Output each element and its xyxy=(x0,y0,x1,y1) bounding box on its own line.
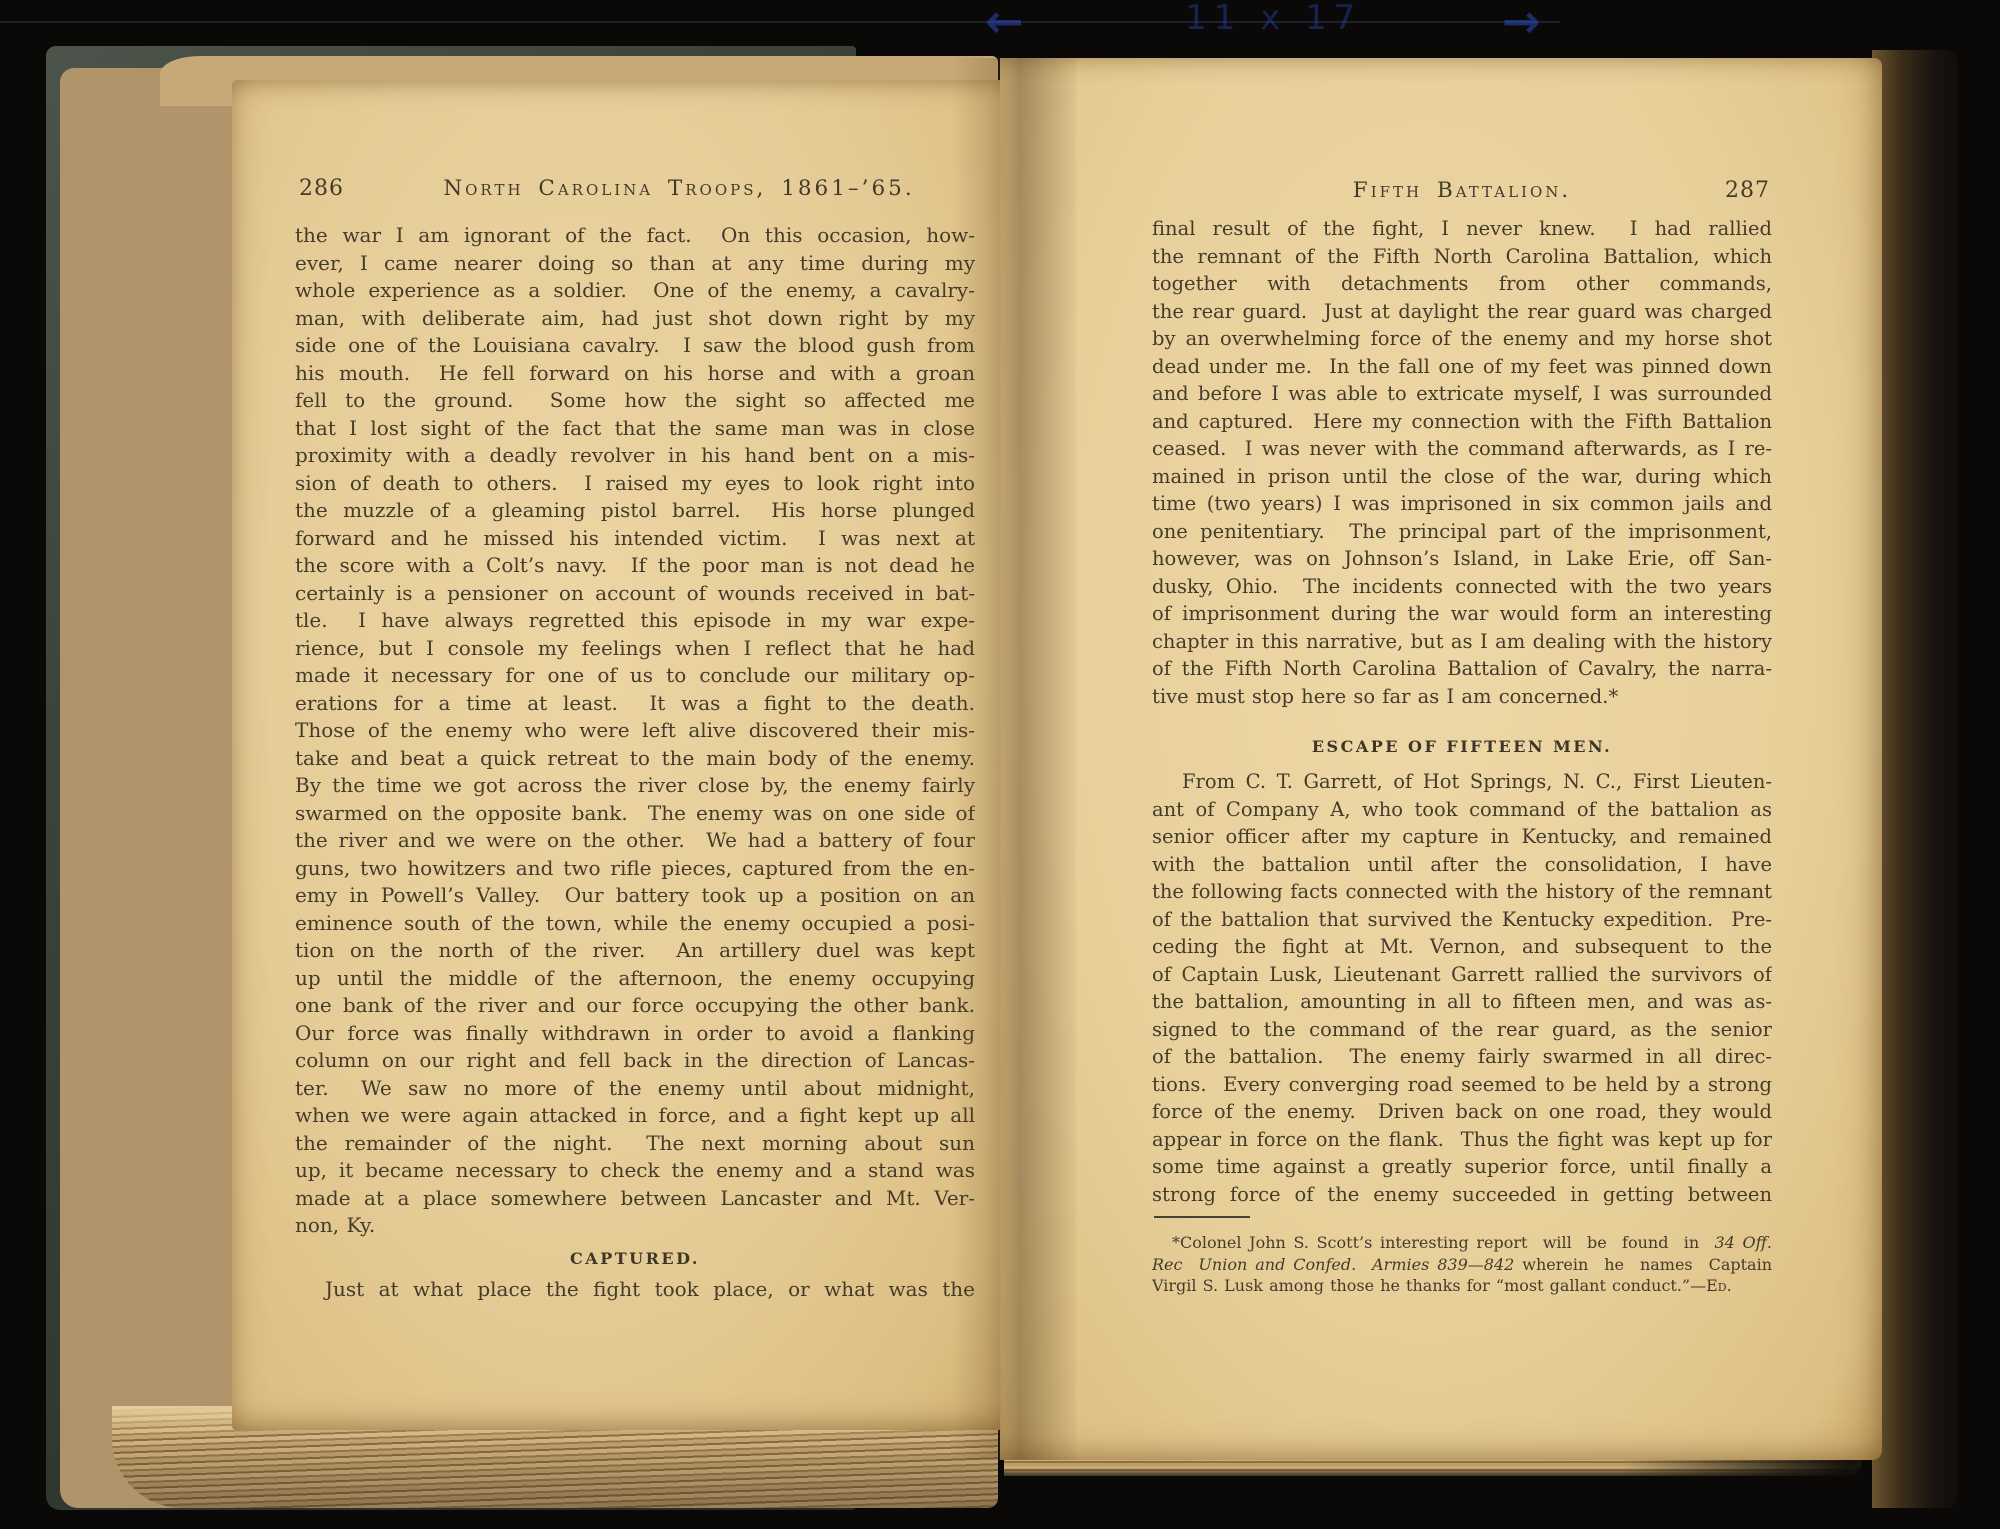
text-line: Our force was finally withdrawn in order… xyxy=(295,1020,975,1048)
text-line: signed to the command of the rear guard,… xyxy=(1152,1016,1772,1044)
open-book: 286 North Carolina Troops, 1861–’65. the… xyxy=(0,0,2000,1529)
right-page-text: final result of the fight, I never knew.… xyxy=(1152,215,1772,1208)
right-page-header: Fifth Battalion. 287 xyxy=(1152,178,1772,203)
text-line: dusky, Ohio. The incidents connected wit… xyxy=(1152,573,1772,601)
text-line: sion of death to others. I raised my eye… xyxy=(295,470,975,498)
text-line: column on our right and fell back in the… xyxy=(295,1047,975,1075)
text-line: the rear guard. Just at daylight the rea… xyxy=(1152,298,1772,326)
text-line: By the time we got across the river clos… xyxy=(295,772,975,800)
text-line: Those of the enemy who were left alive d… xyxy=(295,717,975,745)
left-page-text: the war I am ignorant of the fact. On th… xyxy=(295,222,975,1303)
book-cover-right xyxy=(1872,50,1958,1508)
page-edges-left xyxy=(60,68,240,1508)
text-line: take and beat a quick retreat to the mai… xyxy=(295,745,975,773)
text-line: up until the middle of the afternoon, th… xyxy=(295,965,975,993)
text-line: whole experience as a soldier. One of th… xyxy=(295,277,975,305)
text-line: final result of the fight, I never knew.… xyxy=(1152,215,1772,243)
page-number-right: 287 xyxy=(1725,178,1770,203)
text-line: and before I was able to extricate mysel… xyxy=(1152,380,1772,408)
text-line: with the battalion until after the conso… xyxy=(1152,851,1772,879)
text-line: Virgil S. Lusk among those he thanks for… xyxy=(1152,1275,1772,1297)
text-line: that I lost sight of the fact that the s… xyxy=(295,415,975,443)
text-line: Rec Union and Confed. Armies 839—842 whe… xyxy=(1152,1254,1772,1276)
text-line: made it necessary for one of us to concl… xyxy=(295,662,975,690)
text-line: the muzzle of a gleaming pistol barrel. … xyxy=(295,497,975,525)
text-line: ever, I came nearer doing so than at any… xyxy=(295,250,975,278)
text-line: guns, two howitzers and two rifle pieces… xyxy=(295,855,975,883)
footnote-rule xyxy=(1154,1216,1250,1218)
text-line: certainly is a pensioner on account of w… xyxy=(295,580,975,608)
text-line: made at a place somewhere between Lancas… xyxy=(295,1185,975,1213)
text-line: proximity with a deadly revolver in his … xyxy=(295,442,975,470)
text-line: eminence south of the town, while the en… xyxy=(295,910,975,938)
text-line: one bank of the river and our force occu… xyxy=(295,992,975,1020)
left-page-header: 286 North Carolina Troops, 1861–’65. xyxy=(295,176,975,201)
text-line: some time against a greatly superior for… xyxy=(1152,1153,1772,1181)
text-line: the river and we were on the other. We h… xyxy=(295,827,975,855)
footnote-text: *Colonel John S. Scott’s interesting rep… xyxy=(1152,1232,1772,1297)
right-page: Fifth Battalion. 287 final result of the… xyxy=(1000,58,1882,1460)
text-line: however, was on Johnson’s Island, in Lak… xyxy=(1152,545,1772,573)
text-line: force of the enemy. Driven back on one r… xyxy=(1152,1098,1772,1126)
running-header-right: Fifth Battalion. xyxy=(1152,178,1772,203)
text-line: the score with a Colt’s navy. If the poo… xyxy=(295,552,975,580)
text-line: together with detachments from other com… xyxy=(1152,270,1772,298)
text-line: tive must stop here so far as I am conce… xyxy=(1152,683,1772,711)
text-line: one penitentiary. The principal part of … xyxy=(1152,518,1772,546)
text-line: of the Fifth North Carolina Battalion of… xyxy=(1152,655,1772,683)
text-line: rience, but I console my feelings when I… xyxy=(295,635,975,663)
page-number-left: 286 xyxy=(299,176,344,201)
text-line: *Colonel John S. Scott’s interesting rep… xyxy=(1152,1232,1772,1254)
text-line: senior officer after my capture in Kentu… xyxy=(1152,823,1772,851)
section-heading: ESCAPE OF FIFTEEN MEN. xyxy=(1152,736,1772,758)
text-line: fell to the ground. Some how the sight s… xyxy=(295,387,975,415)
text-line: the following facts connected with the h… xyxy=(1152,878,1772,906)
text-line: ter. We saw no more of the enemy until a… xyxy=(295,1075,975,1103)
text-line: the battalion, amounting in all to fifte… xyxy=(1152,988,1772,1016)
text-line: and captured. Here my connection with th… xyxy=(1152,408,1772,436)
text-line: dead under me. In the fall one of my fee… xyxy=(1152,353,1772,381)
text-line: the remnant of the Fifth North Carolina … xyxy=(1152,243,1772,271)
text-line: of the battalion. The enemy fairly swarm… xyxy=(1152,1043,1772,1071)
section-heading: CAPTURED. xyxy=(295,1248,975,1270)
text-line: tion on the north of the river. An artil… xyxy=(295,937,975,965)
text-line: the war I am ignorant of the fact. On th… xyxy=(295,222,975,250)
text-line: From C. T. Garrett, of Hot Springs, N. C… xyxy=(1152,768,1772,796)
text-line: by an overwhelming force of the enemy an… xyxy=(1152,325,1772,353)
page-edges-bottom-right xyxy=(1004,1458,1862,1476)
text-line: erations for a time at least. It was a f… xyxy=(295,690,975,718)
text-line: mained in prison until the close of the … xyxy=(1152,463,1772,491)
running-header-left: North Carolina Troops, 1861–’65. xyxy=(339,176,1019,201)
text-line: up, it became necessary to check the ene… xyxy=(295,1157,975,1185)
text-line: side one of the Louisiana cavalry. I saw… xyxy=(295,332,975,360)
text-line: forward and he missed his intended victi… xyxy=(295,525,975,553)
text-line: when we were again attacked in force, an… xyxy=(295,1102,975,1130)
text-line: chapter in this narrative, but as I am d… xyxy=(1152,628,1772,656)
book-gutter-shadow xyxy=(952,58,1076,1460)
text-line: time (two years) I was imprisoned in six… xyxy=(1152,490,1772,518)
text-line: swarmed on the opposite bank. The enemy … xyxy=(295,800,975,828)
text-line: his mouth. He fell forward on his horse … xyxy=(295,360,975,388)
text-line: of Captain Lusk, Lieutenant Garrett rall… xyxy=(1152,961,1772,989)
text-line: of the battalion that survived the Kentu… xyxy=(1152,906,1772,934)
text-line: of imprisonment during the war would for… xyxy=(1152,600,1772,628)
text-line: tions. Every converging road seemed to b… xyxy=(1152,1071,1772,1099)
text-line: ceding the fight at Mt. Vernon, and subs… xyxy=(1152,933,1772,961)
text-line: non, Ky. xyxy=(295,1212,975,1240)
text-line: emy in Powell’s Valley. Our battery took… xyxy=(295,882,975,910)
text-line: man, with deliberate aim, had just shot … xyxy=(295,305,975,333)
text-line: tle. I have always regretted this episod… xyxy=(295,607,975,635)
text-line: ant of Company A, who took command of th… xyxy=(1152,796,1772,824)
text-line: the remainder of the night. The next mor… xyxy=(295,1130,975,1158)
text-line: Just at what place the fight took place,… xyxy=(295,1276,975,1304)
text-line: ceased. I was never with the command aft… xyxy=(1152,435,1772,463)
text-line: strong force of the enemy succeeded in g… xyxy=(1152,1181,1772,1209)
photo-background: ← 11 x 17 → 286 North Carolina Troops, 1… xyxy=(0,0,2000,1529)
left-page: 286 North Carolina Troops, 1861–’65. the… xyxy=(232,80,1000,1430)
footnote: *Colonel John S. Scott’s interesting rep… xyxy=(1152,1216,1772,1297)
text-line: appear in force on the flank. Thus the f… xyxy=(1152,1126,1772,1154)
